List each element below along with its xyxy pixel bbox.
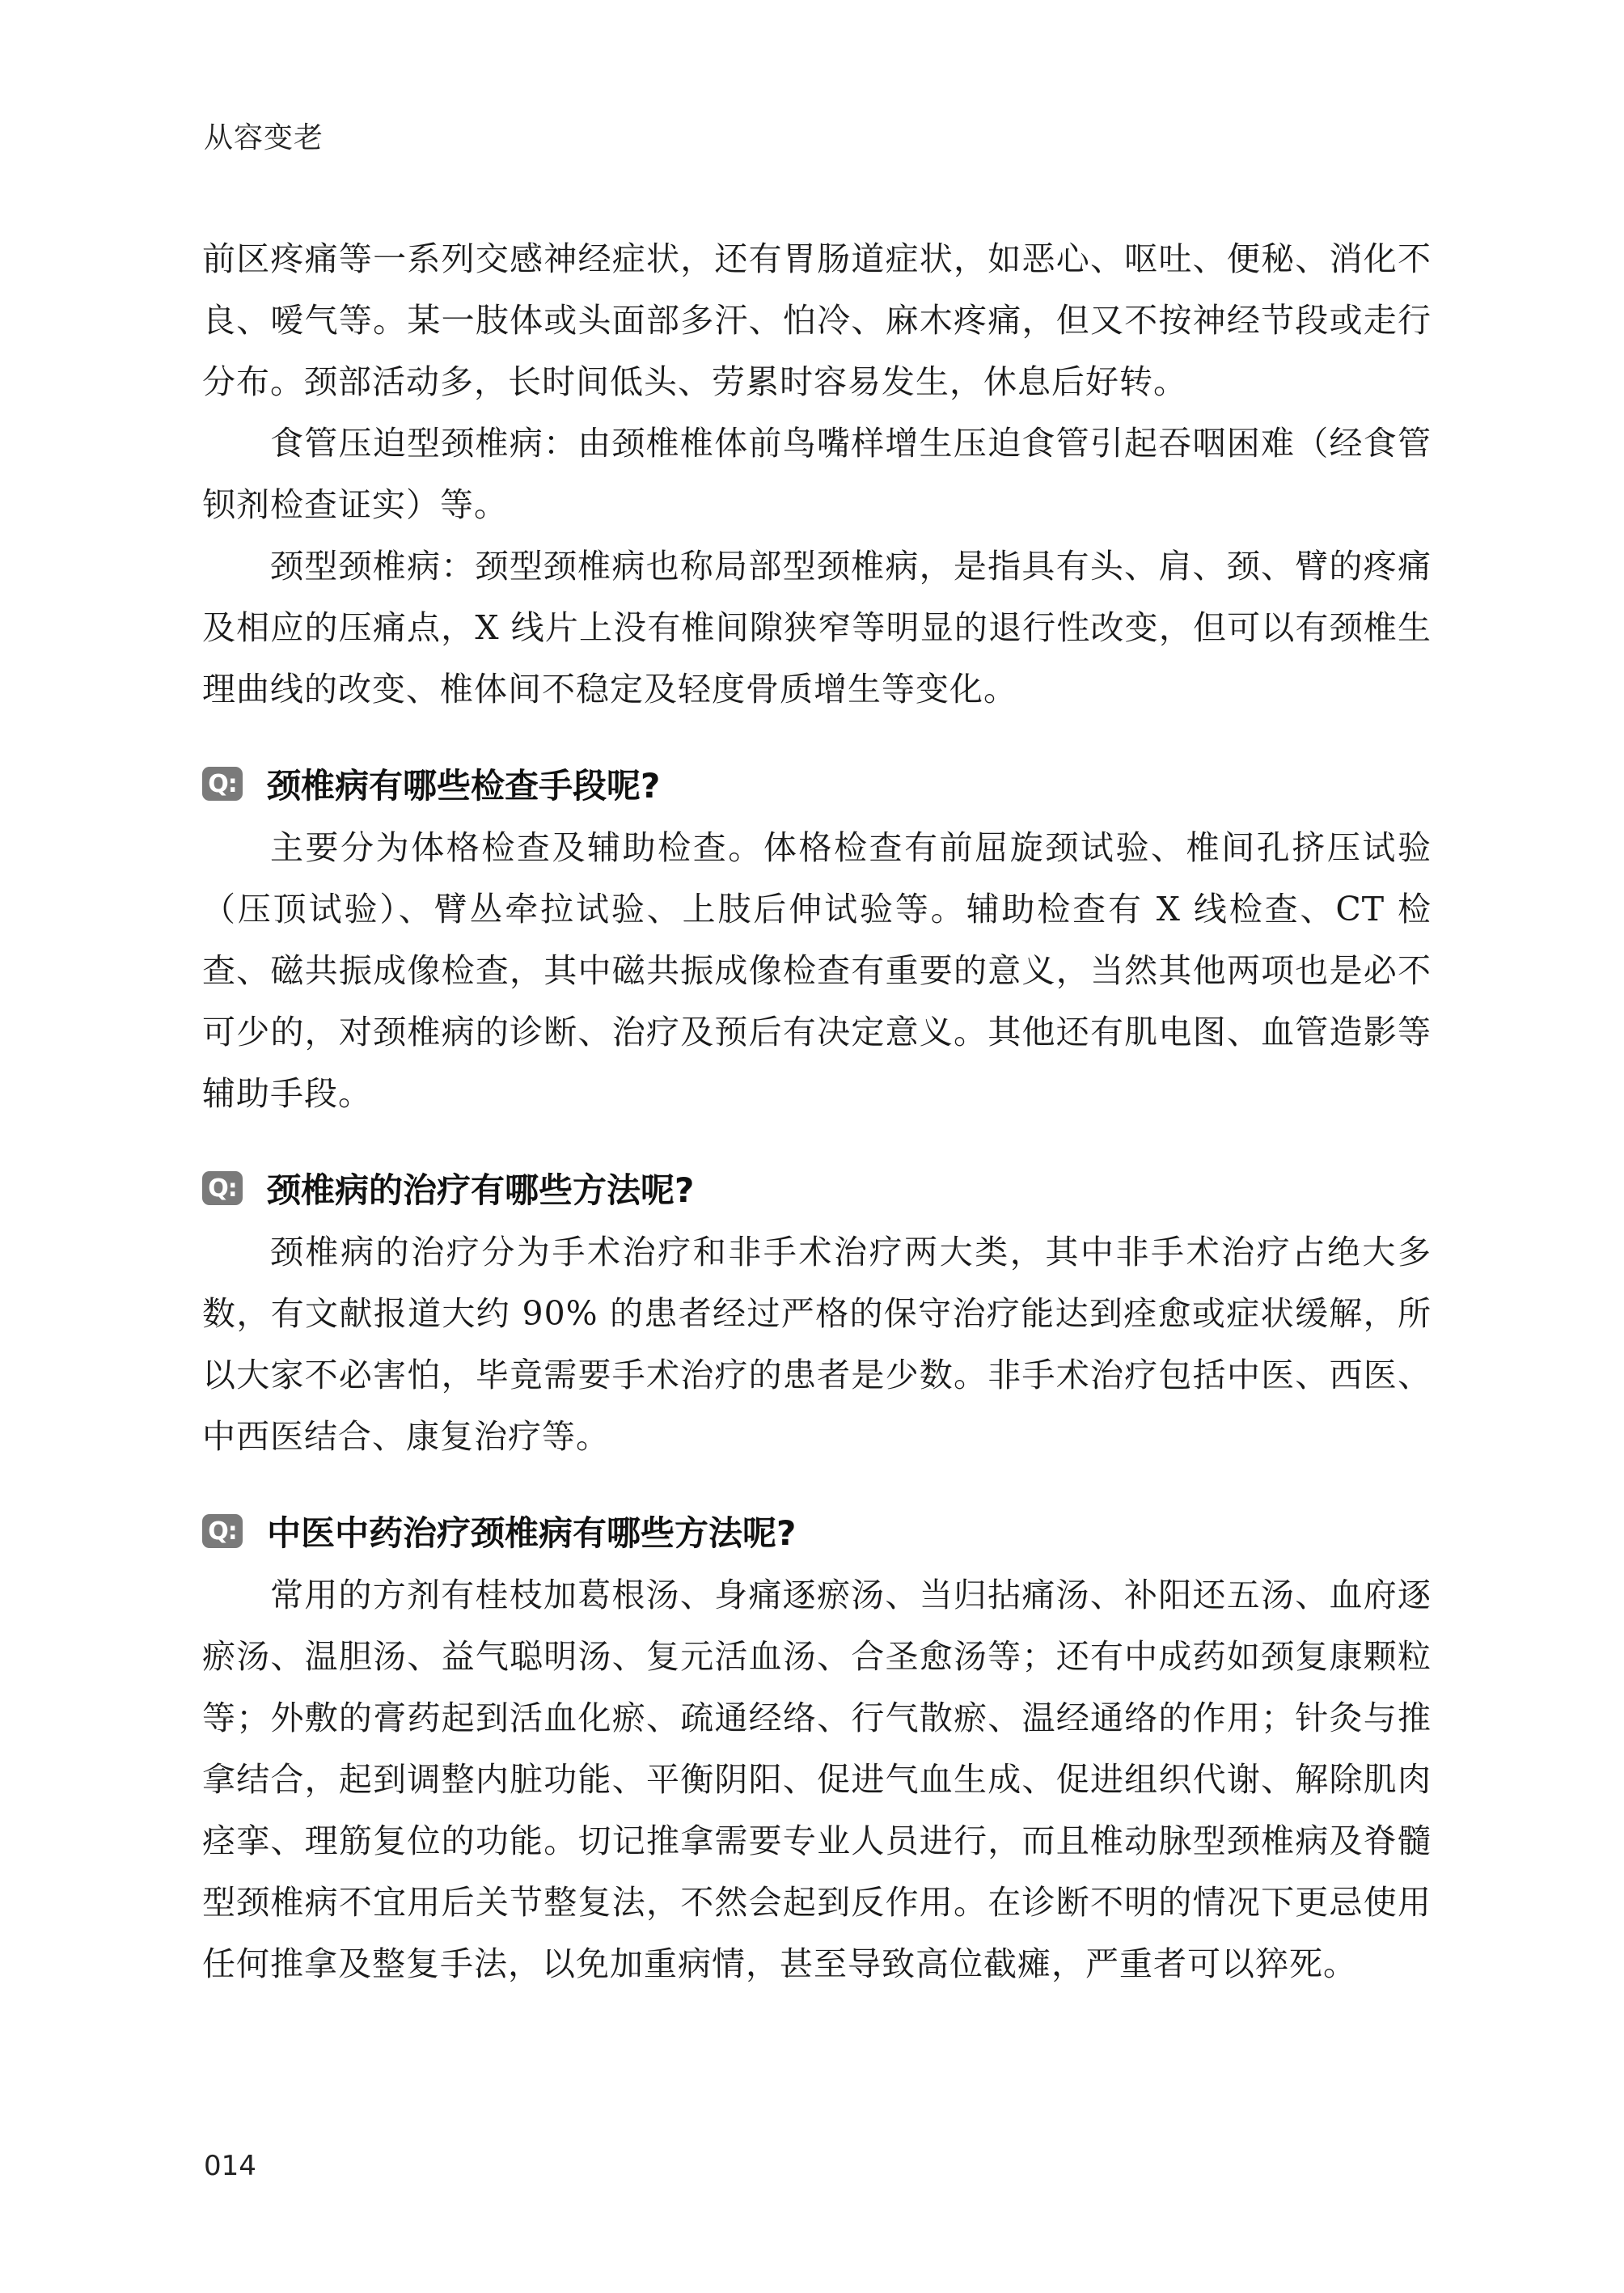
qa-section-treatment: Q: 颈椎病的治疗有哪些方法呢? 颈椎病的治疗分为手术治疗和非手术治疗两大类，其… [202,1160,1432,1467]
question-heading: Q: 中医中药治疗颈椎病有哪些方法呢? [202,1503,1432,1559]
intro-paragraph-2: 食管压迫型颈椎病：由颈椎椎体前鸟嘴样增生压迫食管引起吞咽困难（经食管钡剂检查证实… [202,412,1432,535]
question-badge-icon: Q: [202,1171,243,1205]
question-title: 颈椎病的治疗有哪些方法呢? [267,1164,694,1212]
page-content: 前区疼痛等一系列交感神经症状，还有胃肠道症状，如恶心、呕吐、便秘、消化不良、嗳气… [202,228,1432,1995]
intro-paragraph-1: 前区疼痛等一系列交感神经症状，还有胃肠道症状，如恶心、呕吐、便秘、消化不良、嗳气… [202,228,1432,412]
qa-section-tcm-treatment: Q: 中医中药治疗颈椎病有哪些方法呢? 常用的方剂有桂枝加葛根汤、身痛逐瘀汤、当… [202,1503,1432,1995]
answer-paragraph: 常用的方剂有桂枝加葛根汤、身痛逐瘀汤、当归拈痛汤、补阳还五汤、血府逐瘀汤、温胆汤… [202,1564,1432,1995]
answer-paragraph: 颈椎病的治疗分为手术治疗和非手术治疗两大类，其中非手术治疗占绝大多数，有文献报道… [202,1221,1432,1467]
answer-paragraph: 主要分为体格检查及辅助检查。体格检查有前屈旋颈试验、椎间孔挤压试验（压顶试验）、… [202,817,1432,1124]
running-header-title: 从容变老 [204,115,324,156]
question-title: 颈椎病有哪些检查手段呢? [267,759,660,808]
question-heading: Q: 颈椎病的治疗有哪些方法呢? [202,1160,1432,1216]
question-badge-icon: Q: [202,767,243,801]
page-number: 014 [204,2150,256,2182]
question-title: 中医中药治疗颈椎病有哪些方法呢? [267,1507,796,1555]
intro-paragraph-3: 颈型颈椎病：颈型颈椎病也称局部型颈椎病，是指具有头、肩、颈、臂的疼痛及相应的压痛… [202,535,1432,720]
qa-section-examination: Q: 颈椎病有哪些检查手段呢? 主要分为体格检查及辅助检查。体格检查有前屈旋颈试… [202,755,1432,1124]
question-badge-icon: Q: [202,1514,243,1548]
question-heading: Q: 颈椎病有哪些检查手段呢? [202,755,1432,812]
